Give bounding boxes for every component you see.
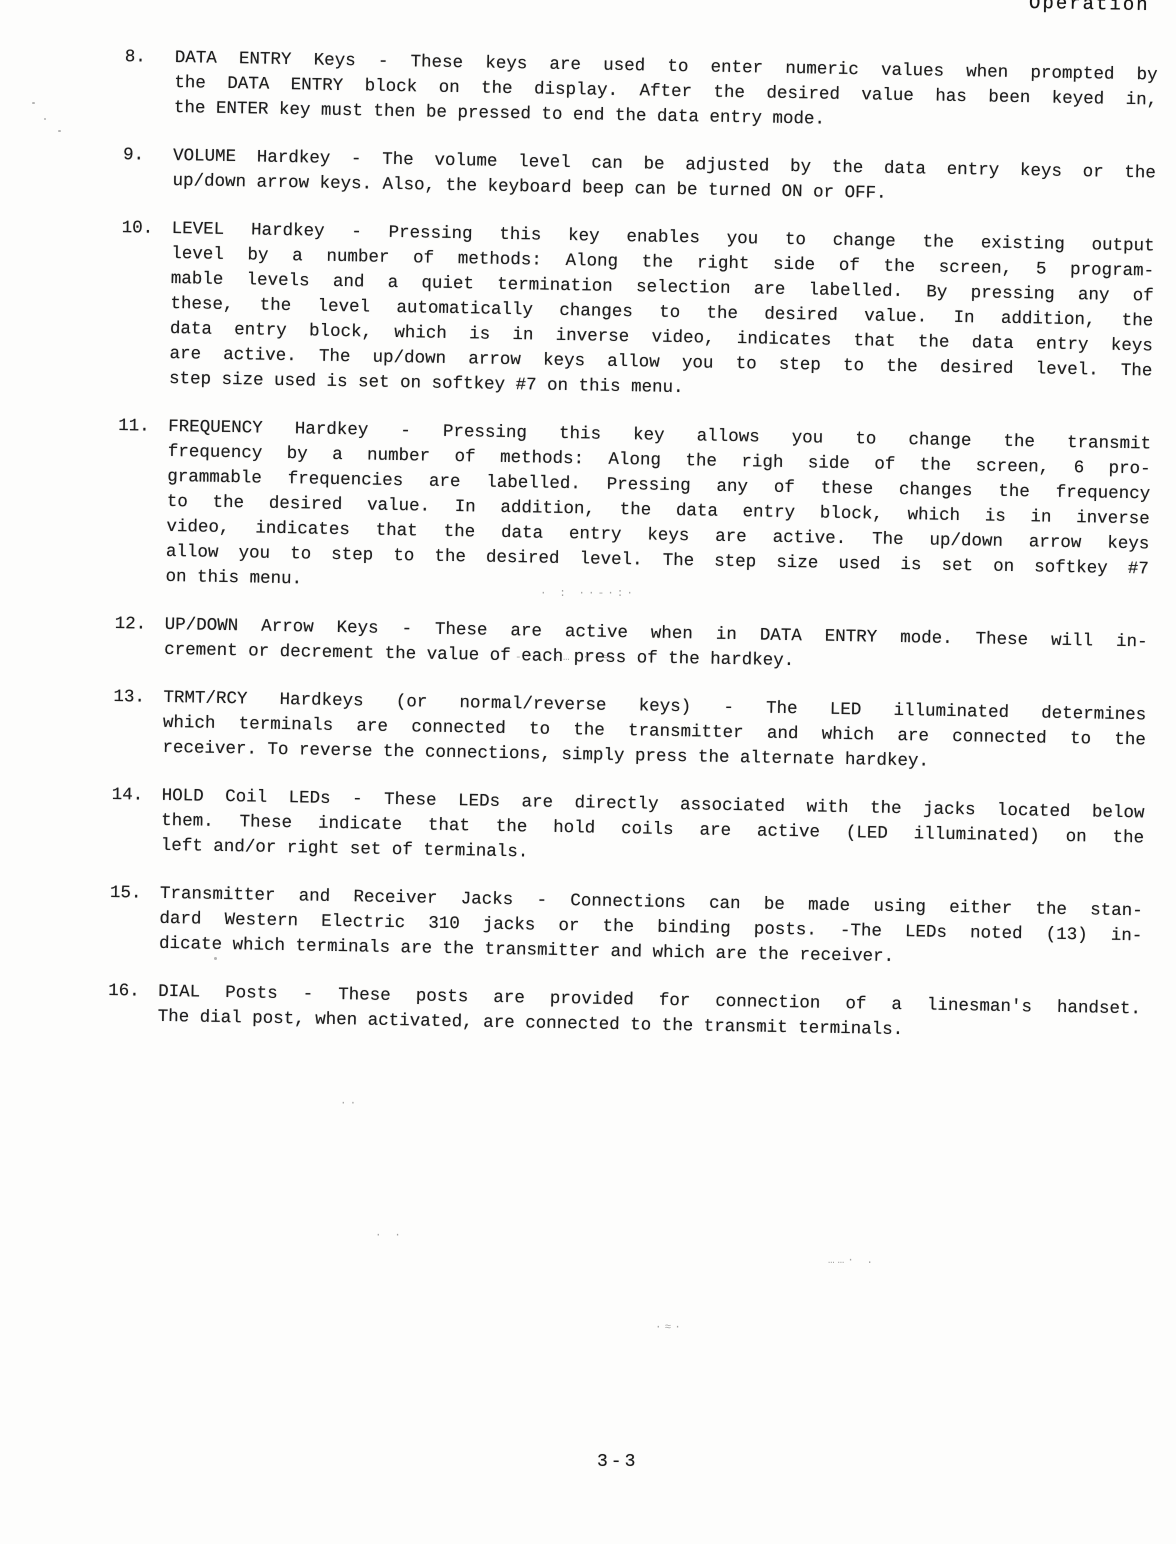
page-number: 3-3	[597, 1452, 638, 1472]
scanned-document-page: Operation 8.DATA ENTRY Keys - These keys…	[0, 0, 1176, 1544]
scan-smudge: - · ·… · ≈	[515, 652, 611, 664]
list-item: 11.FREQUENCY Hardkey - Pressing this key…	[165, 415, 1151, 607]
item-number: 11.	[118, 414, 164, 440]
list-item: 12.UP/DOWN Arrow Keys - These are active…	[164, 613, 1148, 680]
item-number: 10.	[122, 216, 168, 242]
scan-speckle	[44, 118, 46, 120]
item-number: 12.	[114, 612, 160, 638]
item-number: 15.	[110, 881, 156, 907]
item-number: 8.	[125, 45, 171, 71]
item-number: 16.	[108, 979, 154, 1005]
list-item: 14.HOLD Coil LEDs - These LEDs are direc…	[161, 784, 1145, 876]
list-item: 16.DIAL Posts - These posts are provided…	[157, 980, 1141, 1047]
item-number: 9.	[123, 143, 169, 169]
list-item: 13.TRMT/RCY Hardkeys (or normal/reverse …	[162, 686, 1146, 778]
list-item: 15.Transmitter and Receiver Jacks - Conn…	[159, 882, 1143, 974]
scan-smudge: · ·	[375, 1230, 404, 1242]
item-number: 13.	[113, 685, 159, 711]
scan-smudge: ……· .	[828, 1255, 876, 1267]
list-item: 8.DATA ENTRY Keys - These keys are used …	[174, 46, 1158, 138]
page-header-operation: Operation	[1029, 0, 1150, 16]
scan-speckle	[214, 957, 217, 960]
document-body: 8.DATA ENTRY Keys - These keys are used …	[157, 46, 1158, 1070]
list-item: 10.LEVEL Hardkey - Pressing this key ena…	[169, 217, 1155, 409]
scan-smudge: ·≈·	[655, 1322, 684, 1334]
item-number: 14.	[111, 783, 157, 809]
scan-smudge: · : ··-·:·	[540, 588, 636, 600]
scan-speckle	[32, 102, 35, 104]
list-item: 9.VOLUME Hardkey - The volume level can …	[172, 144, 1156, 211]
scan-smudge: ··	[340, 1098, 359, 1110]
scan-speckle	[58, 130, 61, 132]
